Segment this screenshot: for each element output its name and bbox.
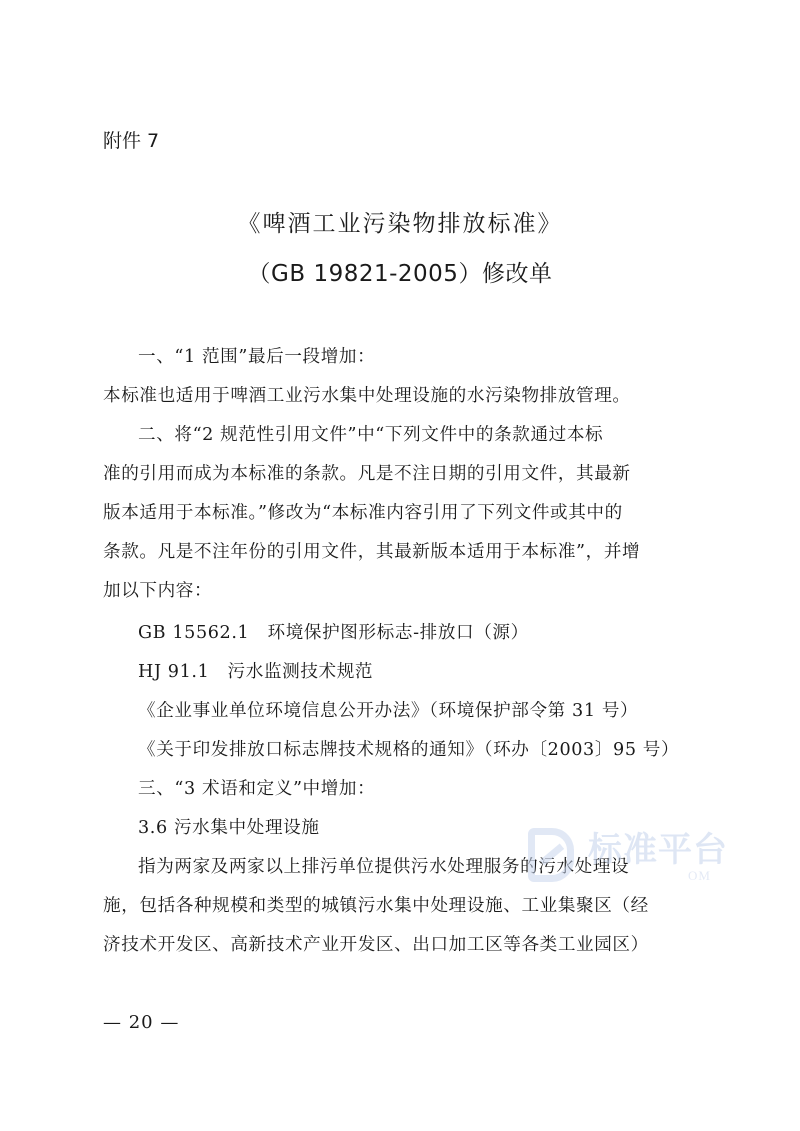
- attachment-label: 附件 7: [103, 126, 159, 153]
- section-heading-3: 三、“3 术语和定义”中增加：: [138, 775, 375, 800]
- section-heading-1: 一、“1 范围”最后一段增加：: [138, 343, 375, 368]
- paragraph-line: 条款。凡是不注年份的引用文件，其最新版本适用于本标准”，并增: [103, 538, 640, 563]
- paragraph-line: 准的引用而成为本标准的条款。凡是不注日期的引用文件，其最新: [103, 460, 631, 485]
- term-heading: 3.6 污水集中处理设施: [138, 814, 320, 839]
- document-subtitle: （GB 19821-2005）修改单: [0, 255, 800, 288]
- document-title: 《啤酒工业污染物排放标准》: [0, 205, 800, 238]
- reference-item: GB 15562.1 环境保护图形标志-排放口（源）: [138, 619, 529, 644]
- reference-item: 《企业事业单位环境信息公开办法》（环境保护部令第 31 号）: [138, 697, 638, 722]
- paragraph-line: 济技术开发区、高新技术产业开发区、出口加工区等各类工业园区）: [103, 931, 649, 956]
- paragraph-line: 版本适用于本标准。”修改为“本标准内容引用了下列文件或其中的: [103, 499, 623, 524]
- paragraph-line: 加以下内容：: [103, 577, 212, 602]
- reference-item: 《关于印发排放口标志牌技术规格的通知》（环办〔2003〕95 号）: [138, 736, 679, 761]
- paragraph-line: 施，包括各种规模和类型的城镇污水集中处理设施、工业集聚区（经: [103, 892, 649, 917]
- reference-item: HJ 91.1 污水监测技术规范: [138, 658, 373, 683]
- watermark-domain: OM: [688, 868, 711, 884]
- page-number: — 20 —: [103, 1012, 179, 1033]
- section-heading-2: 二、将“2 规范性引用文件”中“下列文件中的条款通过本标: [138, 421, 603, 446]
- paragraph-line: 本标准也适用于啤酒工业污水集中处理设施的水污染物排放管理。: [103, 382, 631, 407]
- paragraph-line: 指为两家及两家以上排污单位提供污水处理服务的污水处理设: [138, 853, 629, 878]
- document-page: 附件 7 《啤酒工业污染物排放标准》 （GB 19821-2005）修改单 一、…: [0, 0, 800, 1131]
